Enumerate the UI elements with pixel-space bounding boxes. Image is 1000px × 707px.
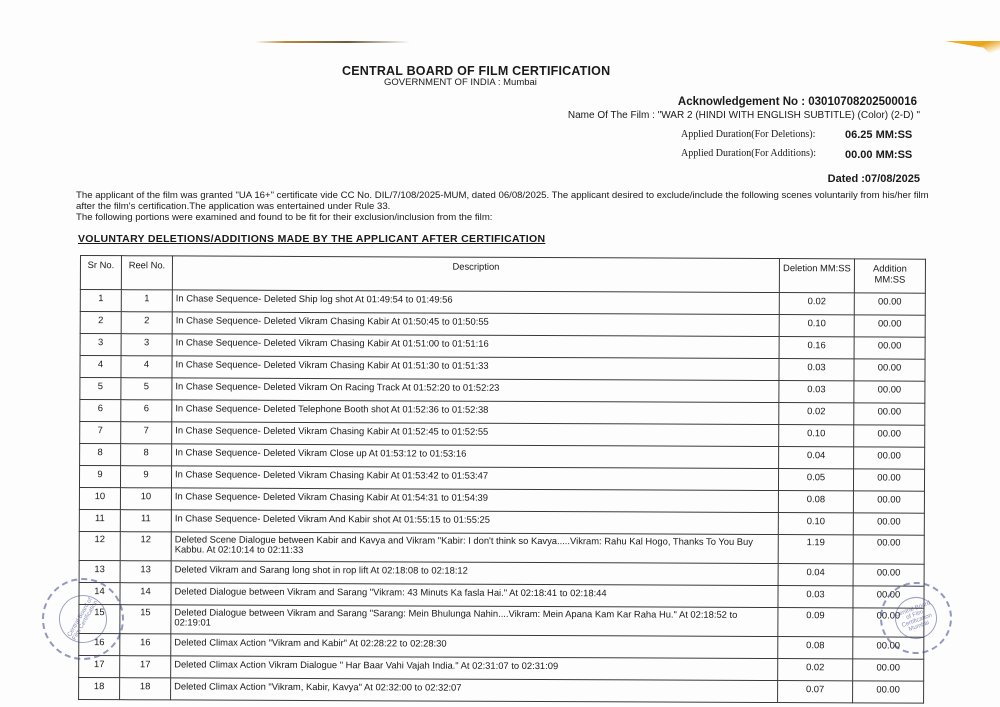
row-deletion: 0.07 [778,681,853,703]
col-description: Description [172,256,779,293]
row-deletion: 0.02 [778,659,853,681]
scan-artifact-edge [255,41,410,43]
row-addition: 00.00 [853,681,924,703]
row-addition: 00.00 [854,359,925,381]
row-reel-no: 9 [120,466,171,488]
row-description: Deleted Dialogue between Vikram and Sara… [171,583,778,608]
additions-duration-value: 00.00 MM:SS [845,149,912,161]
row-description: In Chase Sequence- Deleted Vikram Chasin… [171,488,778,513]
row-reel-no: 12 [120,532,171,561]
row-deletion: 0.10 [778,513,853,535]
intro-line-2: The following portions were examined and… [76,212,936,223]
scan-artifact-corner [945,41,1000,63]
row-sr-no: 8 [80,444,121,466]
row-addition: 00.00 [854,315,925,337]
row-reel-no: 2 [121,312,172,334]
row-deletion: 0.02 [779,403,854,425]
row-reel-no: 6 [121,400,172,422]
row-description: Deleted Dialogue between Vikram and Sara… [171,605,778,637]
row-deletion: 0.09 [778,608,853,637]
deletions-duration-value: 06.25 MM:SS [845,129,912,141]
row-deletion: 0.03 [779,381,854,403]
row-sr-no: 4 [80,356,121,378]
row-deletion: 0.05 [778,469,853,491]
row-reel-no: 3 [121,334,172,356]
row-description: Deleted Climax Action "Vikram, Kabir, Ka… [171,678,778,703]
row-reel-no: 17 [120,656,171,678]
intro-paragraph: The applicant of the film was granted "U… [76,190,936,223]
row-sr-no: 9 [79,466,120,488]
row-addition: 00.00 [854,337,925,359]
row-description: Deleted Scene Dialogue between Kabir and… [171,532,778,564]
row-description: In Chase Sequence- Deleted Vikram On Rac… [172,378,779,403]
row-addition: 00.00 [854,403,925,425]
film-name: Name Of The Film : "WAR 2 (HINDI WITH EN… [568,110,920,121]
row-sr-no: 5 [80,378,121,400]
row-sr-no: 12 [79,531,120,560]
row-addition: 00.00 [854,293,925,315]
row-sr-no: 3 [80,334,121,356]
row-description: Deleted Climax Action "Vikram and Kabir"… [171,634,778,659]
row-deletion: 0.10 [779,315,854,337]
row-reel-no: 8 [121,444,172,466]
certificate-page: CENTRAL BOARD OF FILM CERTIFICATION GOVE… [0,0,1000,707]
board-title: CENTRAL BOARD OF FILM CERTIFICATION [342,64,610,78]
stamp-emblem: Central Board of Film Certification [50,586,117,653]
row-reel-no: 1 [121,290,172,312]
section-title: VOLUNTARY DELETIONS/ADDITIONS MADE BY TH… [78,233,545,245]
document-date: Dated :07/08/2025 [828,173,920,185]
row-addition: 00.00 [853,659,924,681]
row-sr-no: 1 [80,290,121,312]
row-description: Deleted Vikram and Sarang long shot in r… [171,561,778,586]
row-sr-no: 10 [79,487,120,509]
row-sr-no: 18 [79,677,120,699]
row-sr-no: 11 [79,509,120,531]
row-description: In Chase Sequence- Deleted Ship log shot… [172,290,779,315]
row-reel-no: 14 [120,583,171,605]
row-sr-no: 2 [80,312,121,334]
row-addition: 00.00 [853,535,924,564]
row-deletion: 0.04 [779,447,854,469]
col-reel-no: Reel No. [121,256,172,290]
row-addition: 00.00 [854,447,925,469]
row-deletion: 0.04 [778,564,853,586]
deletions-table: Sr No. Reel No. Description Deletion MM:… [78,255,926,704]
row-description: In Chase Sequence- Deleted Vikram Chasin… [172,356,779,381]
row-deletion: 0.03 [779,359,854,381]
row-reel-no: 15 [120,605,171,634]
col-addition: Addition MM:SS [854,259,925,293]
row-description: In Chase Sequence- Deleted Vikram Chasin… [172,312,779,337]
row-deletion: 0.08 [778,491,853,513]
row-reel-no: 7 [121,422,172,444]
additions-duration-label: Applied Duration(For Additions): [681,148,816,159]
row-deletion: 0.02 [779,293,854,315]
col-sr-no: Sr No. [80,256,121,290]
row-reel-no: 11 [120,510,171,532]
table-row: 1212Deleted Scene Dialogue between Kabir… [79,531,924,564]
row-deletion: 0.03 [778,586,853,608]
row-addition: 00.00 [854,381,925,403]
row-description: In Chase Sequence- Deleted Telephone Boo… [172,400,779,425]
row-deletion: 0.16 [779,337,854,359]
board-subtitle: GOVERNMENT OF INDIA : Mumbai [384,77,537,88]
row-description: In Chase Sequence- Deleted Vikram And Ka… [171,510,778,535]
row-sr-no: 6 [80,400,121,422]
table-header-row: Sr No. Reel No. Description Deletion MM:… [80,256,925,294]
table-row: 1515Deleted Dialogue between Vikram and … [79,604,924,637]
row-description: In Chase Sequence- Deleted Vikram Chasin… [172,422,779,447]
row-addition: 00.00 [854,425,925,447]
intro-line-1: The applicant of the film was granted "U… [76,190,936,212]
row-addition: 00.00 [853,469,924,491]
stamp-emblem: Central Board of Film Certification Mumb… [889,591,944,646]
row-deletion: 0.10 [779,425,854,447]
row-addition: 00.00 [853,513,924,535]
row-reel-no: 4 [121,356,172,378]
row-deletion: 1.19 [778,535,853,564]
row-reel-no: 16 [120,634,171,656]
row-deletion: 0.08 [778,637,853,659]
row-addition: 00.00 [853,491,924,513]
acknowledgement-number: Acknowledgement No : 03010708202500016 [678,96,917,108]
row-description: In Chase Sequence- Deleted Vikram Chasin… [171,466,778,491]
row-reel-no: 13 [120,561,171,583]
row-description: In Chase Sequence- Deleted Vikram Close … [172,444,779,469]
row-description: In Chase Sequence- Deleted Vikram Chasin… [172,334,779,359]
row-reel-no: 18 [120,678,171,700]
row-description: Deleted Climax Action Vikram Dialogue " … [171,656,778,681]
row-sr-no: 7 [80,422,121,444]
deletions-duration-label: Applied Duration(For Deletions): [681,129,815,140]
row-reel-no: 10 [120,488,171,510]
col-deletion: Deletion MM:SS [779,259,854,293]
row-reel-no: 5 [121,378,172,400]
table-row: 1818Deleted Climax Action "Vikram, Kabir… [79,677,924,703]
